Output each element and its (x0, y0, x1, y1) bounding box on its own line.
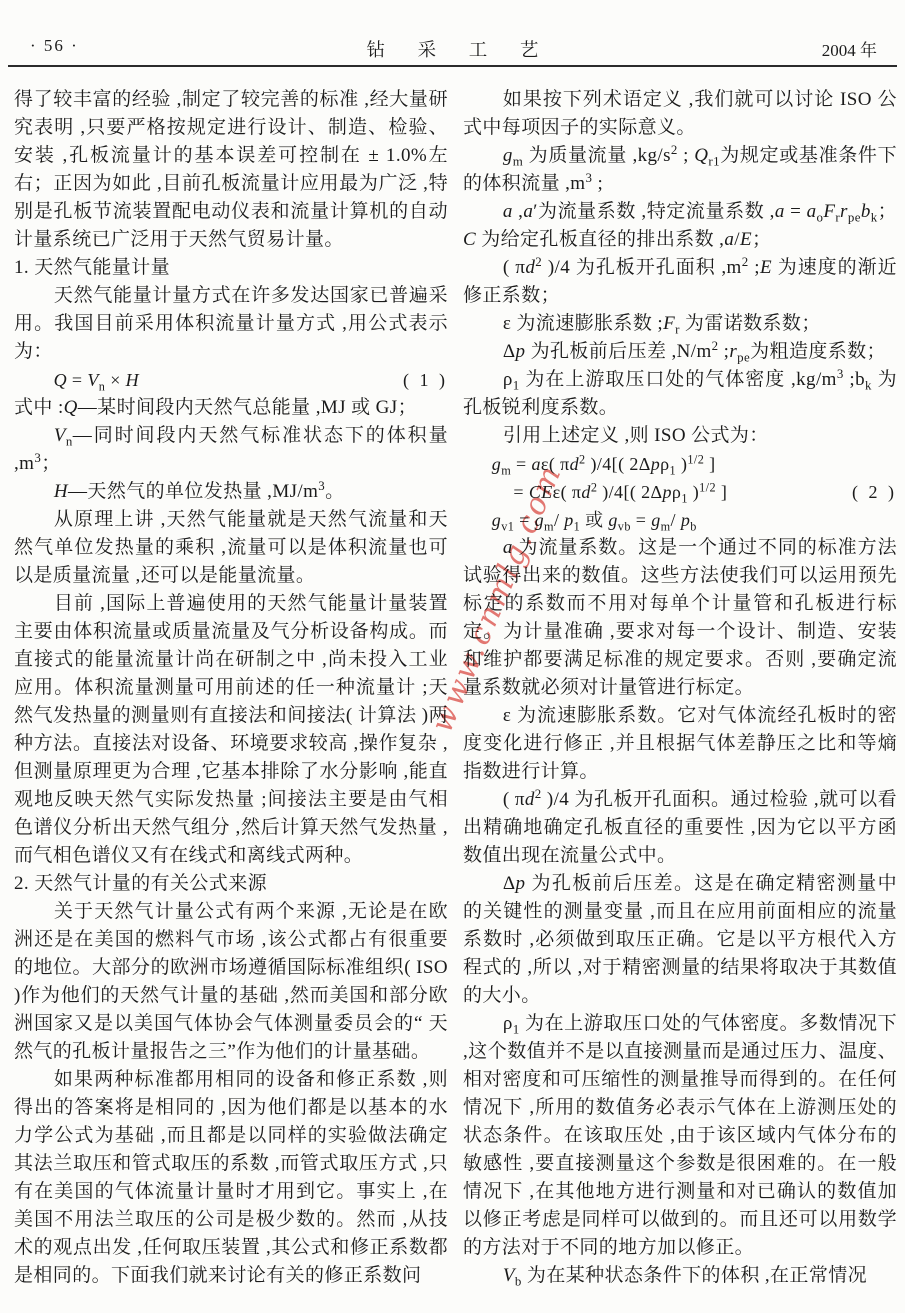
paragraph: 式中 :Q—某时间段内天然气总能量 ,MJ 或 GJ； (14, 394, 448, 422)
body-text: a ,a′为流量系数 ,特定流量系数 ,a = aoFrrpebk；C 为给定孔… (463, 201, 897, 250)
paragraph: gm 为质量流量 ,kg/s2 ; Qr1为规定或基准条件下的体积流量 ,m3 … (463, 142, 897, 198)
paragraph: 如果按下列术语定义 ,我们就可以讨论 ISO 公式中每项因子的实际意义。 (463, 86, 897, 142)
body-text: ε 为流速膨胀系数。它对气体流经孔板时的密度变化进行修正 ,并且根据气体差静压之… (463, 705, 897, 782)
formula-row: = CEε( πd2 )/4[( 2Δpρ1 )1/2 ]( 2 ) (463, 478, 897, 506)
formula-text: Q = Vn × H (14, 366, 139, 394)
body-text: a 为流量系数。这是一个通过不同的标准方法试验得出来的数值。这些方法使我们可以运… (463, 537, 897, 698)
paragraph: Δp 为孔板前后压差 ,N/m2 ;rpe为粗造度系数； (463, 338, 897, 366)
body-text: ρ1 为在上游取压口处的气体密度。多数情况下 ,这个数值并不是以直接测量而是通过… (463, 1013, 897, 1258)
body-text: 天然气能量计量方式在许多发达国家已普遍采用。我国目前采用体积流量计量方式 ,用公… (14, 285, 448, 362)
body-text: 目前 ,国际上普遍使用的天然气能量计量装置主要由体积流量或质量流量及气分析设备构… (14, 593, 448, 866)
section-heading: 2. 天然气计量的有关公式来源 (14, 870, 448, 898)
paragraph: ρ1 为在上游取压口处的气体密度。多数情况下 ,这个数值并不是以直接测量而是通过… (463, 1010, 897, 1262)
body-text: 2. 天然气计量的有关公式来源 (14, 873, 267, 894)
body-text: 1. 天然气能量计量 (14, 257, 170, 278)
paragraph: 目前 ,国际上普遍使用的天然气能量计量装置主要由体积流量或质量流量及气分析设备构… (14, 590, 448, 870)
body-text: ( πd2 )/4 为孔板开孔面积。通过检验 ,就可以看出精确地确定孔板直径的重… (463, 789, 897, 866)
body-text: ρ1 为在上游取压口处的气体密度 ,kg/m3 ;bk 为孔板锐利度系数。 (463, 369, 897, 418)
page-header: · 56 · 钻 采 工 艺 2004 年 (0, 36, 905, 62)
journal-title: 钻 采 工 艺 (0, 36, 905, 62)
paragraph: 天然气能量计量方式在许多发达国家已普遍采用。我国目前采用体积流量计量方式 ,用公… (14, 282, 448, 366)
paragraph: 得了较丰富的经验 ,制定了较完善的标准 ,经大量研究表明 ,只要严格按规定进行设… (14, 86, 448, 254)
left-column: 得了较丰富的经验 ,制定了较完善的标准 ,经大量研究表明 ,只要严格按规定进行设… (14, 86, 448, 1313)
paragraph: ( πd2 )/4 为孔板开孔面积 ,m2 ;E 为速度的渐近修正系数； (463, 254, 897, 310)
paragraph: 从原理上讲 ,天然气能量就是天然气流量和天然气单位发热量的乘积 ,流量可以是体积… (14, 506, 448, 590)
body-text: 从原理上讲 ,天然气能量就是天然气流量和天然气单位发热量的乘积 ,流量可以是体积… (14, 509, 448, 586)
paragraph: ε 为流速膨胀系数 ;Fr 为雷诺数系数； (463, 310, 897, 338)
formula-text: gm = aε( πd2 )/4[( 2Δpρ1 )1/2 ] (463, 450, 716, 478)
body-text: ε 为流速膨胀系数 ;Fr 为雷诺数系数； (503, 313, 821, 334)
body-text: 得了较丰富的经验 ,制定了较完善的标准 ,经大量研究表明 ,只要严格按规定进行设… (14, 89, 448, 250)
paragraph: ( πd2 )/4 为孔板开孔面积。通过检验 ,就可以看出精确地确定孔板直径的重… (463, 786, 897, 870)
paragraph: Vn—同时间段内天然气标准状态下的体积量 ,m3； (14, 422, 448, 478)
paragraph: ρ1 为在上游取压口处的气体密度 ,kg/m3 ;bk 为孔板锐利度系数。 (463, 366, 897, 422)
formula-row: Q = Vn × H( 1 ) (14, 366, 448, 394)
scanned-journal-page: · 56 · 钻 采 工 艺 2004 年 得了较丰富的经验 ,制定了较完善的标… (0, 0, 905, 1313)
body-text: 如果按下列术语定义 ,我们就可以讨论 ISO 公式中每项因子的实际意义。 (463, 89, 897, 138)
section-heading: 1. 天然气能量计量 (14, 254, 448, 282)
body-text: H—天然气的单位发热量 ,MJ/m3。 (54, 481, 345, 502)
paragraph: 如果两种标准都用相同的设备和修正系数 ,则得出的答案将是相同的 ,因为他们都是以… (14, 1066, 448, 1290)
body-text: Vb 为在某种状态条件下的体积 ,在正常情况 (503, 1265, 867, 1286)
two-column-body: 得了较丰富的经验 ,制定了较完善的标准 ,经大量研究表明 ,只要严格按规定进行设… (14, 86, 897, 1313)
body-text: Δp 为孔板前后压差。这是在确定精密测量中的关键性的测量变量 ,而且在应用前面相… (463, 873, 897, 1006)
paragraph: 关于天然气计量公式有两个来源 ,无论是在欧洲还是在美国的燃料气市场 ,该公式都占… (14, 898, 448, 1066)
formula-text: gv1 = gm/ p1 或 gvb = gm/ pb (463, 506, 697, 534)
body-text: ( πd2 )/4 为孔板开孔面积 ,m2 ;E 为速度的渐近修正系数； (463, 257, 897, 306)
paragraph: ε 为流速膨胀系数。它对气体流经孔板时的密度变化进行修正 ,并且根据气体差静压之… (463, 702, 897, 786)
formula-row: gv1 = gm/ p1 或 gvb = gm/ pb (463, 506, 897, 534)
body-text: Vn—同时间段内天然气标准状态下的体积量 ,m3； (14, 425, 448, 474)
paragraph: 引用上述定义 ,则 ISO 公式为： (463, 422, 897, 450)
body-text: 式中 :Q—某时间段内天然气总能量 ,MJ 或 GJ； (14, 397, 417, 418)
body-text: 关于天然气计量公式有两个来源 ,无论是在欧洲还是在美国的燃料气市场 ,该公式都占… (14, 901, 448, 1062)
paragraph: H—天然气的单位发热量 ,MJ/m3。 (14, 478, 448, 506)
paragraph: Vb 为在某种状态条件下的体积 ,在正常情况 (463, 1262, 897, 1290)
body-text: 引用上述定义 ,则 ISO 公式为： (503, 425, 769, 446)
right-column: 如果按下列术语定义 ,我们就可以讨论 ISO 公式中每项因子的实际意义。gm 为… (463, 86, 897, 1313)
formula-row: gm = aε( πd2 )/4[( 2Δpρ1 )1/2 ] (463, 450, 897, 478)
equation-number: ( 2 ) (852, 478, 897, 506)
formula-text: = CEε( πd2 )/4[( 2Δpρ1 )1/2 ] (463, 478, 727, 506)
paragraph: Δp 为孔板前后压差。这是在确定精密测量中的关键性的测量变量 ,而且在应用前面相… (463, 870, 897, 1010)
header-divider (8, 65, 897, 67)
paragraph: a ,a′为流量系数 ,特定流量系数 ,a = aoFrrpebk；C 为给定孔… (463, 198, 897, 254)
body-text: 如果两种标准都用相同的设备和修正系数 ,则得出的答案将是相同的 ,因为他们都是以… (14, 1069, 448, 1286)
body-text: Δp 为孔板前后压差 ,N/m2 ;rpe为粗造度系数； (503, 341, 886, 362)
paragraph: a 为流量系数。这是一个通过不同的标准方法试验得出来的数值。这些方法使我们可以运… (463, 534, 897, 702)
publication-year: 2004 年 (822, 36, 877, 61)
equation-number: ( 1 ) (403, 366, 448, 394)
body-text: gm 为质量流量 ,kg/s2 ; Qr1为规定或基准条件下的体积流量 ,m3 … (463, 145, 897, 194)
